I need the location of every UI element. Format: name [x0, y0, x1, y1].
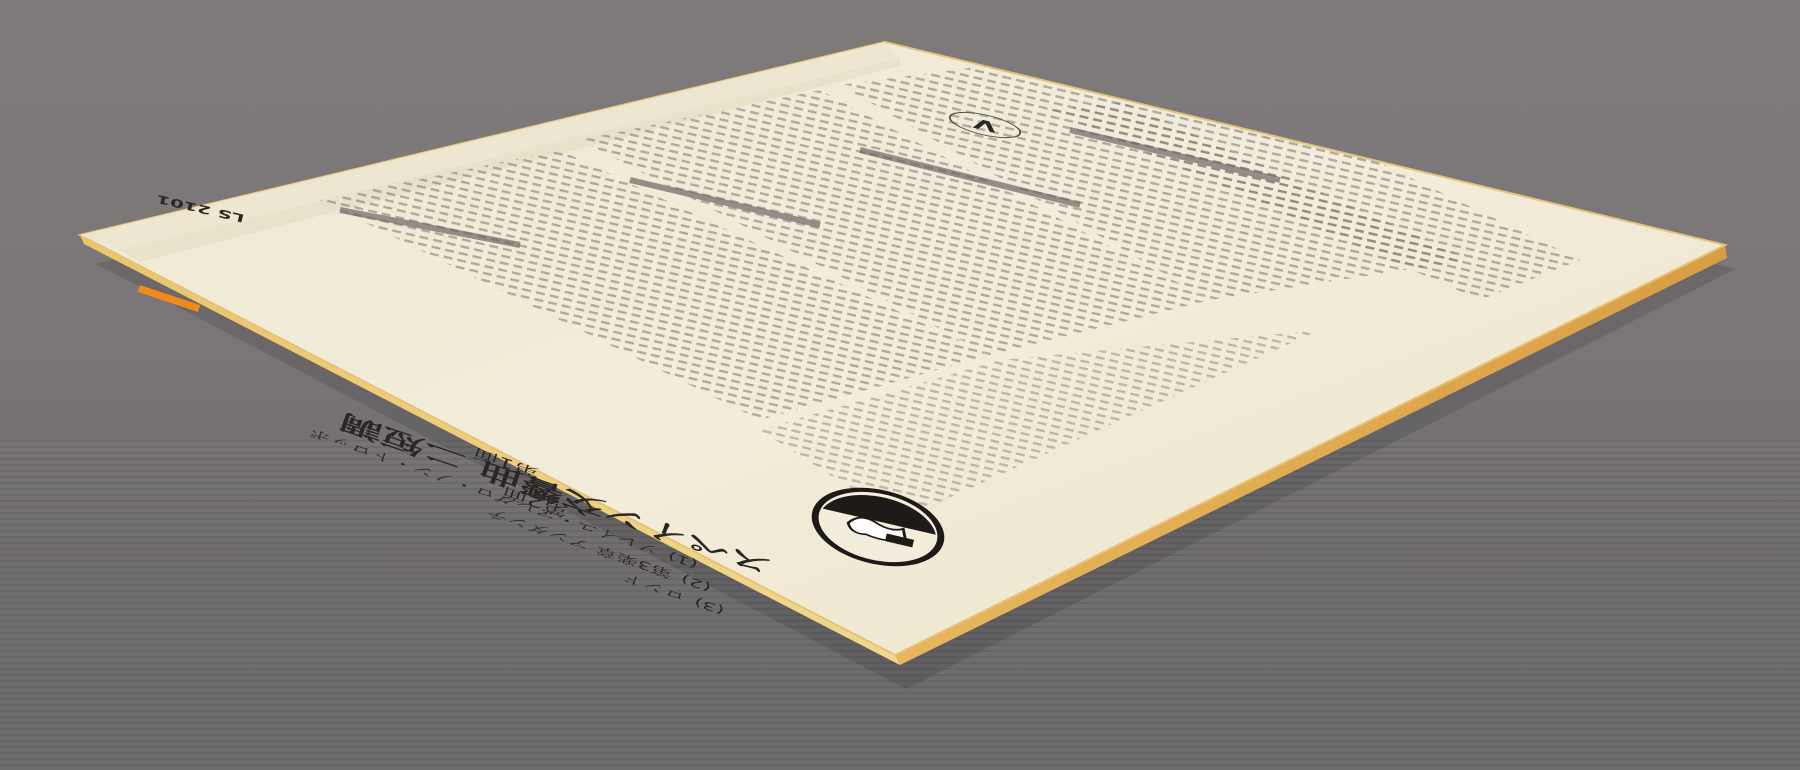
record-sleeve: LS 2101 第1面 第2面 スペイン交響曲 二短調 (1)ソレイユ・アレグロ… — [0, 0, 1800, 770]
